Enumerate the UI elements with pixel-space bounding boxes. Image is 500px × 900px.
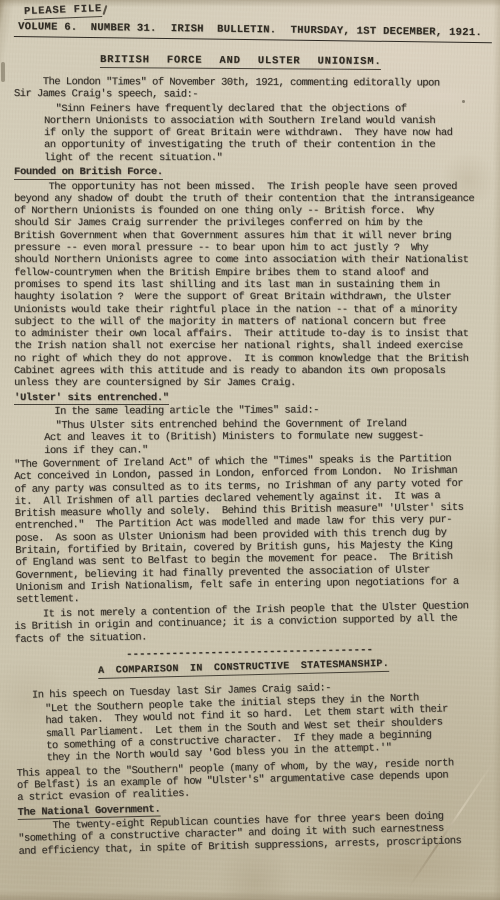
article1-intro-paragraph-2: In the same leading article the "Times" … bbox=[14, 404, 492, 419]
article2-title-text: A COMPARISON IN CONSTRUCTIVE STATESMANSH… bbox=[98, 659, 389, 679]
volume-number: VOLUME 6. NUMBER 31. bbox=[18, 21, 157, 35]
masthead: VOLUME 6. NUMBER 31. IRISH BULLETIN. THU… bbox=[14, 20, 492, 43]
file-note-text: PLEASE FILE bbox=[24, 3, 103, 19]
article1-title-text: BRITISH FORCE AND ULSTER UNIONISM. bbox=[100, 54, 382, 69]
article1-body-paragraph-2: "The Government of Ireland Act" of which… bbox=[14, 453, 494, 607]
bulletin-title: IRISH BULLETIN. bbox=[171, 23, 277, 36]
document-page: PLEASE FILE VOLUME 6. NUMBER 31. IRISH B… bbox=[0, 0, 500, 900]
page-content: PLEASE FILE VOLUME 6. NUMBER 31. IRISH B… bbox=[0, 0, 500, 900]
file-note: PLEASE FILE bbox=[24, 3, 103, 18]
article1-body-paragraph-3: It is not merely a contention of the Iri… bbox=[14, 600, 493, 646]
section-heading-founded-on-british-force: Founded on British Force. bbox=[14, 166, 492, 179]
article1-quoted-passage-2: "Thus Ulster sits entrenched behind the … bbox=[44, 418, 466, 457]
article2: A COMPARISON IN CONSTRUCTIVE STATESMANSH… bbox=[14, 655, 497, 858]
issue-date: THURSDAY, 1ST DECEMBER, 1921. bbox=[290, 25, 482, 40]
section-heading-text: Founded on British Force. bbox=[14, 166, 163, 180]
article1-quoted-passage-1: "Sinn Feiners have frequently declared t… bbox=[44, 103, 466, 164]
article1-title: BRITISH FORCE AND ULSTER UNIONISM. bbox=[100, 54, 492, 70]
article1-intro-paragraph: The London "Times" of November 30th, 192… bbox=[14, 76, 492, 102]
section-heading-ulster-sits-entrenched: 'Ulster' sits entrenched." bbox=[14, 392, 492, 405]
section-heading-text: 'Ulster' sits entrenched." bbox=[14, 392, 169, 406]
article1-body-paragraph-1: The opportunity has not been missed. The… bbox=[14, 181, 492, 390]
article2-quoted-passage: "Let the Southern people take the initia… bbox=[45, 691, 469, 765]
